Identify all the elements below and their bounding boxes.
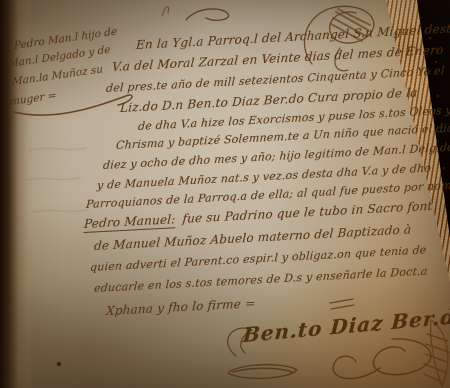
firme-equals-mark bbox=[330, 299, 354, 309]
ink-spot bbox=[57, 362, 61, 366]
top-ascender-stroke bbox=[162, 6, 168, 16]
manuscript-photo: Pedro Man.l hijo de Man.l Delgado y de M… bbox=[0, 0, 450, 388]
bottom-left-cigar-flourish bbox=[228, 365, 297, 379]
show-through-ghost-marks bbox=[26, 148, 88, 212]
top-center-flourish bbox=[186, 9, 229, 20]
